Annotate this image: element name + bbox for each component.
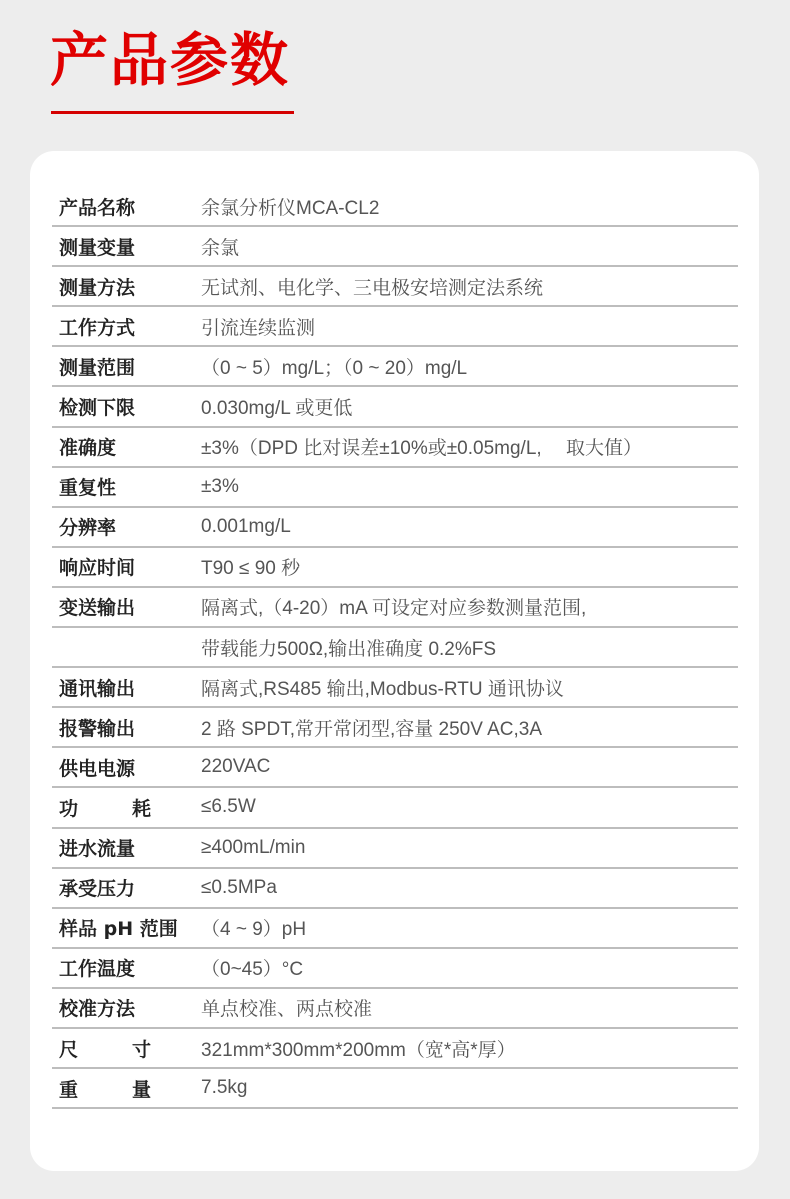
spec-value: ≤0.5MPa <box>201 877 738 899</box>
spec-row-communication-output: 通讯输出 隔离式,RS485 输出,Modbus-RTU 通讯协议 <box>52 668 738 708</box>
spec-row-repeatability: 重复性 ±3% <box>52 468 738 508</box>
spec-label-part: 重 <box>59 1075 78 1102</box>
spec-row-operating-temperature: 工作温度 （0~45）°C <box>52 949 738 989</box>
spec-row-alarm-output: 报警输出 2 路 SPDT,常开常闭型,容量 250V AC,3A <box>52 708 738 748</box>
spec-row-transmission-output: 变送输出 隔离式,（4-20）mA 可设定对应参数测量范围, <box>52 588 738 628</box>
spec-label: 重复性 <box>52 473 201 500</box>
spec-label: 工作温度 <box>52 954 201 981</box>
spec-row-pressure-rating: 承受压力 ≤0.5MPa <box>52 869 738 909</box>
spec-value: ±3% <box>201 476 738 498</box>
spec-label: 测量范围 <box>52 353 201 380</box>
spec-row-response-time: 响应时间 T90 ≤ 90 秒 <box>52 548 738 588</box>
spec-label: 测量方法 <box>52 273 201 300</box>
spec-value: 无试剂、电化学、三电极安培测定法系统 <box>201 273 738 300</box>
spec-row-product-name: 产品名称 余氯分析仪MCA-CL2 <box>52 187 738 227</box>
spec-row-transmission-output-continued: 带载能力500Ω,输出准确度 0.2%FS <box>52 628 738 668</box>
spec-label-part: 量 <box>132 1075 151 1102</box>
spec-label: 承受压力 <box>52 874 201 901</box>
spec-value: 2 路 SPDT,常开常闭型,容量 250V AC,3A <box>201 714 738 741</box>
spec-row-dimensions: 尺 寸 321mm*300mm*200mm（宽*高*厚） <box>52 1029 738 1069</box>
spec-label: 进水流量 <box>52 834 201 861</box>
spec-row-power-supply: 供电电源 220VAC <box>52 748 738 788</box>
spec-value: 带载能力500Ω,输出准确度 0.2%FS <box>201 634 738 661</box>
spec-row-detection-limit: 检测下限 0.030mg/L 或更低 <box>52 387 738 427</box>
spec-label-part: 寸 <box>132 1035 151 1062</box>
spec-label: 重 量 <box>52 1075 201 1102</box>
spec-value: 余氯 <box>201 233 738 260</box>
spec-label: 供电电源 <box>52 754 201 781</box>
spec-label: 校准方法 <box>52 994 201 1021</box>
spec-row-measurement-method: 测量方法 无试剂、电化学、三电极安培测定法系统 <box>52 267 738 307</box>
spec-value: 0.030mg/L 或更低 <box>201 393 738 420</box>
spec-value: 隔离式,（4-20）mA 可设定对应参数测量范围, <box>201 593 738 620</box>
spec-label-part: 尺 <box>59 1035 78 1062</box>
spec-value: 隔离式,RS485 输出,Modbus-RTU 通讯协议 <box>201 674 738 701</box>
spec-row-resolution: 分辨率 0.001mg/L <box>52 508 738 548</box>
spec-row-weight: 重 量 7.5kg <box>52 1069 738 1109</box>
spec-row-measured-variable: 测量变量 余氯 <box>52 227 738 267</box>
spec-value: 0.001mg/L <box>201 516 738 538</box>
spec-value: T90 ≤ 90 秒 <box>201 553 738 580</box>
spec-row-sample-ph-range: 样品 pH 范围 （4 ~ 9）pH <box>52 909 738 949</box>
spec-label: 测量变量 <box>52 233 201 260</box>
spec-value: 321mm*300mm*200mm（宽*高*厚） <box>201 1035 738 1062</box>
spec-value: 引流连续监测 <box>201 313 738 340</box>
spec-card: 产品名称 余氯分析仪MCA-CL2 测量变量 余氯 测量方法 无试剂、电化学、三… <box>30 151 759 1171</box>
spec-row-accuracy: 准确度 ±3%（DPD 比对误差±10%或±0.05mg/L, 取大值） <box>52 428 738 468</box>
spec-label: 检测下限 <box>52 393 201 420</box>
spec-label: 准确度 <box>52 433 201 460</box>
spec-label: 变送输出 <box>52 593 201 620</box>
spec-value: （0~45）°C <box>201 954 738 981</box>
spec-row-inlet-flow: 进水流量 ≥400mL/min <box>52 829 738 869</box>
spec-row-working-mode: 工作方式 引流连续监测 <box>52 307 738 347</box>
spec-label: 通讯输出 <box>52 674 201 701</box>
spec-value: （4 ~ 9）pH <box>201 914 738 941</box>
page-title: 产品参数 <box>50 24 290 96</box>
spec-row-power-consumption: 功 耗 ≤6.5W <box>52 788 738 828</box>
spec-label: 功 耗 <box>52 794 201 821</box>
spec-label-part: 功 <box>59 794 78 821</box>
spec-table: 产品名称 余氯分析仪MCA-CL2 测量变量 余氯 测量方法 无试剂、电化学、三… <box>52 187 738 1109</box>
spec-value: 单点校准、两点校准 <box>201 994 738 1021</box>
spec-value: 余氯分析仪MCA-CL2 <box>201 193 738 220</box>
spec-label-part: 耗 <box>132 794 151 821</box>
spec-value: 220VAC <box>201 756 738 778</box>
spec-label: 尺 寸 <box>52 1035 201 1062</box>
spec-value: ≥400mL/min <box>201 837 738 859</box>
title-underline <box>51 111 294 114</box>
spec-value: ≤6.5W <box>201 796 738 818</box>
spec-label: 样品 pH 范围 <box>52 914 201 941</box>
spec-row-measurement-range: 测量范围 （0 ~ 5）mg/L；（0 ~ 20）mg/L <box>52 347 738 387</box>
spec-value: 7.5kg <box>201 1077 738 1099</box>
spec-label: 报警输出 <box>52 714 201 741</box>
spec-label: 产品名称 <box>52 193 201 220</box>
spec-row-calibration-method: 校准方法 单点校准、两点校准 <box>52 989 738 1029</box>
spec-label: 分辨率 <box>52 513 201 540</box>
spec-label: 响应时间 <box>52 553 201 580</box>
spec-label: 工作方式 <box>52 313 201 340</box>
spec-value: ±3%（DPD 比对误差±10%或±0.05mg/L, 取大值） <box>201 433 738 460</box>
spec-value: （0 ~ 5）mg/L；（0 ~ 20）mg/L <box>201 353 738 380</box>
